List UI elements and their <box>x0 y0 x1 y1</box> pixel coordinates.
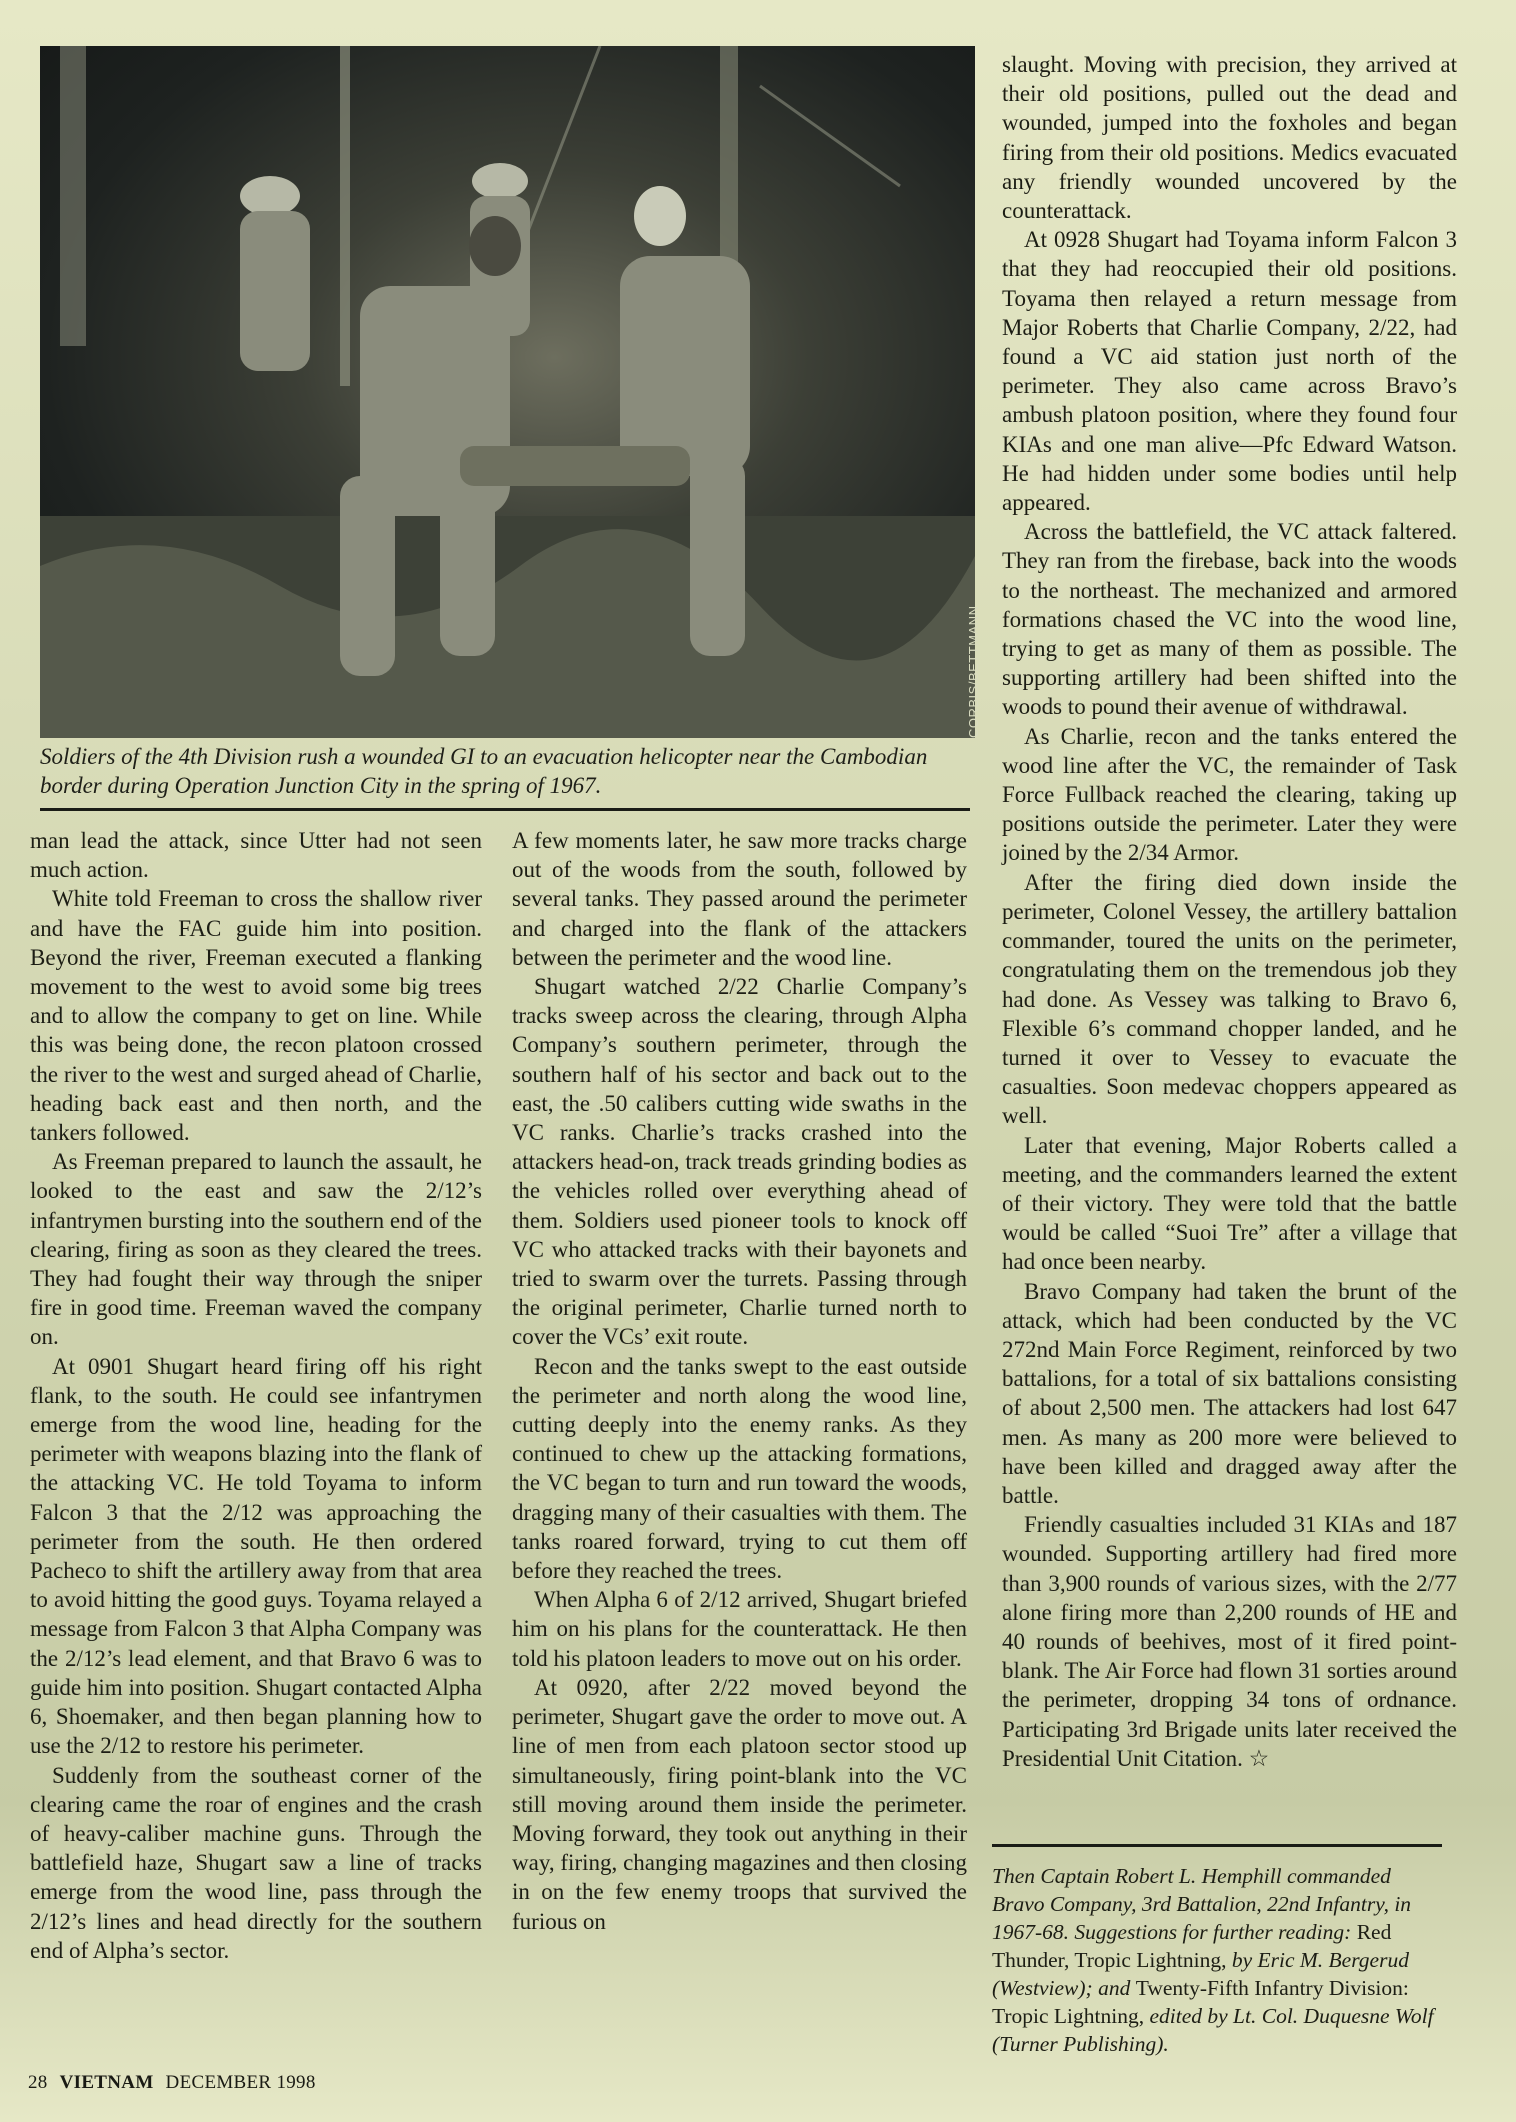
bio-text: Then Captain Robert L. Hemphill commande… <box>992 1864 1411 1944</box>
paragraph: As Freeman prepared to launch the as­sau… <box>30 1147 482 1351</box>
paragraph: As Charlie, recon and the tanks entered … <box>1002 722 1457 868</box>
paragraph: Across the battlefield, the VC attack fa… <box>1002 517 1457 721</box>
paragraph: After the firing died down inside the pe… <box>1002 868 1457 1131</box>
article-column-1: man lead the attack, since Utter had not… <box>30 826 482 1965</box>
photo-caption: Soldiers of the 4th Division rush a woun… <box>40 742 975 800</box>
issue-date: DECEMBER 1998 <box>166 2072 316 2093</box>
soldiers-photo-illustration <box>40 46 975 738</box>
page-footer: 28VIETNAMDECEMBER 1998 <box>28 2072 316 2094</box>
paragraph: When Alpha 6 of 2/12 arrived, Shugart br… <box>512 1585 967 1673</box>
paragraph: Suddenly from the southeast corner of th… <box>30 1761 482 1965</box>
paragraph: slaught. Moving with precision, they arr… <box>1002 50 1457 225</box>
paragraph: man lead the attack, since Utter had not… <box>30 826 482 884</box>
bio-divider <box>992 1844 1442 1847</box>
caption-divider <box>40 808 970 811</box>
paragraph: At 0901 Shugart heard firing off his rig… <box>30 1352 482 1761</box>
paragraph: Shugart watched 2/22 Charlie Company’s t… <box>512 972 967 1352</box>
article-column-3: slaught. Moving with precision, they arr… <box>1002 50 1457 1773</box>
paragraph: A few moments later, he saw more tracks … <box>512 826 967 972</box>
paragraph: Friendly casualties included 31 KIAs and… <box>1002 1510 1457 1773</box>
paragraph: At 0928 Shugart had Toyama inform Falcon… <box>1002 225 1457 517</box>
paragraph: Later that evening, Major Roberts called… <box>1002 1131 1457 1277</box>
paragraph: White told Freeman to cross the shallow … <box>30 884 482 1147</box>
author-bio: Then Captain Robert L. Hemphill commande… <box>992 1862 1442 2058</box>
article-photo <box>40 46 975 738</box>
photo-credit: CORBIS/BETTMANN <box>966 606 981 738</box>
paragraph: Bravo Company had taken the brunt of the… <box>1002 1277 1457 1511</box>
page-number: 28 <box>28 2072 48 2093</box>
article-column-2: A few moments later, he saw more tracks … <box>512 826 967 1936</box>
paragraph: At 0920, after 2/22 moved beyond the per… <box>512 1673 967 1936</box>
magazine-name: VIETNAM <box>60 2072 154 2093</box>
paragraph: Recon and the tanks swept to the east ou… <box>512 1352 967 1586</box>
